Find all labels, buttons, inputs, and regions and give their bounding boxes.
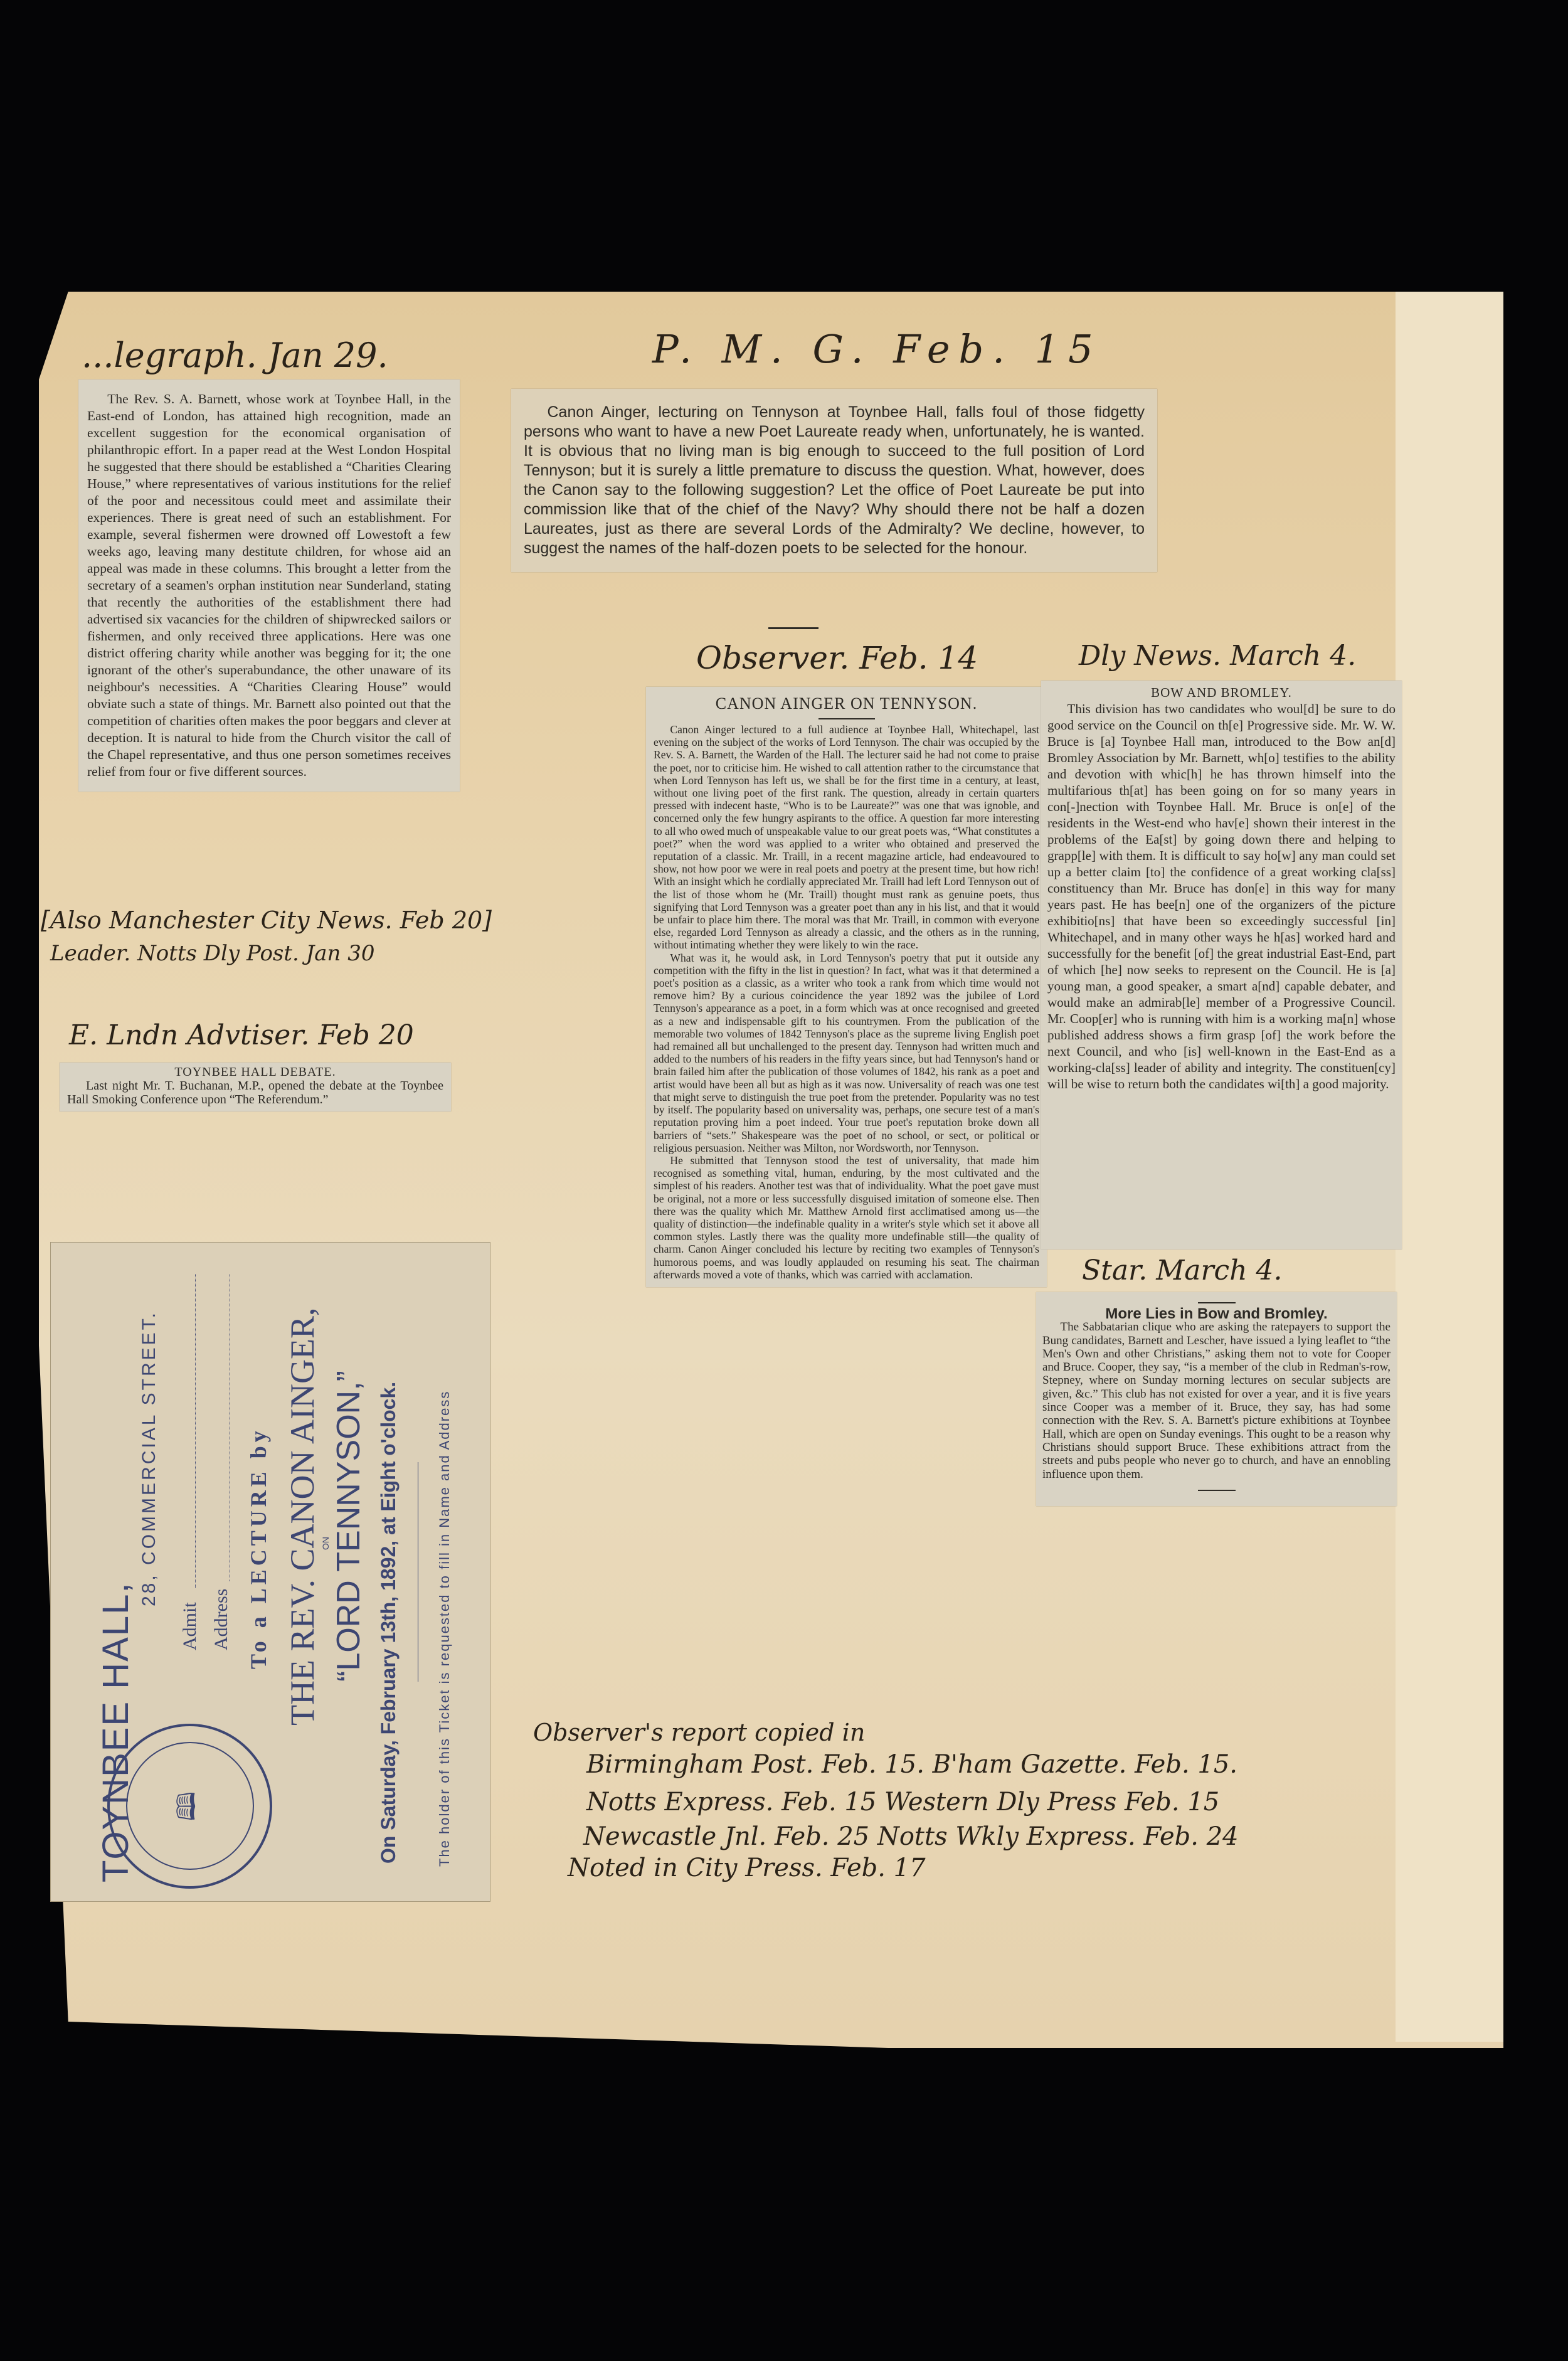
observer-body-1: Canon Ainger lectured to a full audience… <box>654 723 1039 952</box>
observer-annotation: Observer. Feb. 14 <box>696 640 978 676</box>
observer-headline: Canon Ainger on Tennyson. <box>654 693 1039 714</box>
ticket-title: “LORD TENNYSON,” <box>330 1371 368 1682</box>
notes-line-2: Notts Express. Feb. 15 Western Dly Press… <box>586 1788 1219 1817</box>
admit-line <box>195 1274 196 1588</box>
telegraph-annotation: ...legraph. Jan 29. <box>82 336 388 375</box>
pmg-clipping: Canon Ainger, lecturing on Tennyson at T… <box>511 389 1157 572</box>
ticket-intro: To a LECTURE by <box>245 1427 272 1669</box>
rule <box>1198 1302 1236 1303</box>
notes-heading: Observer's report copied in <box>533 1719 865 1746</box>
pmg-body: Canon Ainger, lecturing on Tennyson at T… <box>524 403 1145 558</box>
divider-rule <box>768 627 818 629</box>
notes-line-1: Birmingham Post. Feb. 15. B'ham Gazette.… <box>586 1750 1237 1779</box>
star-annotation: Star. March 4. <box>1082 1255 1283 1287</box>
rule <box>1198 1490 1236 1491</box>
ela-body: Last night Mr. T. Buchanan, M.P., opened… <box>67 1079 443 1106</box>
ticket-footer: The holder of this Ticket is requested t… <box>437 1391 453 1867</box>
ticket-on: ON <box>320 1537 331 1550</box>
divider-rule <box>418 1462 418 1682</box>
telegraph-body: The Rev. S. A. Barnett, whose work at To… <box>87 391 451 780</box>
notes-line-3: Newcastle Jnl. Feb. 25 Notts Wkly Expres… <box>583 1822 1239 1851</box>
observer-body-2: What was it, he would ask, in Lord Tenny… <box>654 952 1039 1154</box>
page-edge-strip <box>1396 292 1503 2042</box>
observer-body-3: He submitted that Tennyson stood the tes… <box>654 1154 1039 1281</box>
ticket-address: 28, COMMERCIAL STREET. <box>139 1310 160 1606</box>
ela-annotation: E. Lndn Advtiser. Feb 20 <box>69 1019 414 1051</box>
ela-headline: Toynbee Hall Debate. <box>67 1065 443 1079</box>
daily-news-clipping: Bow and Bromley. This division has two c… <box>1041 681 1402 1249</box>
daily-news-headline: Bow and Bromley. <box>1047 684 1396 701</box>
headline-rule <box>818 718 875 719</box>
ticket-address-label: Address <box>211 1589 232 1650</box>
lecture-ticket: TOYNBEE HALL, 28, COMMERCIAL STREET. Adm… <box>50 1242 490 1902</box>
star-headline: More Lies in Bow and Bromley. <box>1042 1307 1391 1320</box>
notes-line-4: Noted in City Press. Feb. 17 <box>568 1854 926 1882</box>
telegraph-clipping: The Rev. S. A. Barnett, whose work at To… <box>78 379 460 792</box>
ela-clipping: Toynbee Hall Debate. Last night Mr. T. B… <box>60 1063 451 1112</box>
telegraph-note-1: [Also Manchester City News. Feb 20] <box>41 906 492 934</box>
observer-clipping: Canon Ainger on Tennyson. Canon Ainger l… <box>646 687 1047 1287</box>
toynbee-seal-icon: 🕮 <box>107 1724 272 1889</box>
ticket-admit-label: Admit <box>179 1602 201 1650</box>
ticket-speaker: THE REV. CANON AINGER, <box>283 1307 322 1726</box>
daily-news-annotation: Dly News. March 4. <box>1079 640 1356 672</box>
shield-book-icon: 🕮 <box>169 1791 211 1821</box>
daily-news-body: This division has two candidates who wou… <box>1047 701 1396 1092</box>
ticket-date: On Saturday, February 13th, 1892, at Eig… <box>377 1382 400 1864</box>
telegraph-note-2: Leader. Notts Dly Post. Jan 30 <box>50 941 375 966</box>
address-line <box>230 1274 230 1581</box>
star-clipping: More Lies in Bow and Bromley. The Sabbat… <box>1036 1292 1397 1506</box>
pmg-annotation: P. M. G. Feb. 15 <box>652 326 1102 372</box>
star-body: The Sabbatarian clique who are asking th… <box>1042 1320 1391 1481</box>
